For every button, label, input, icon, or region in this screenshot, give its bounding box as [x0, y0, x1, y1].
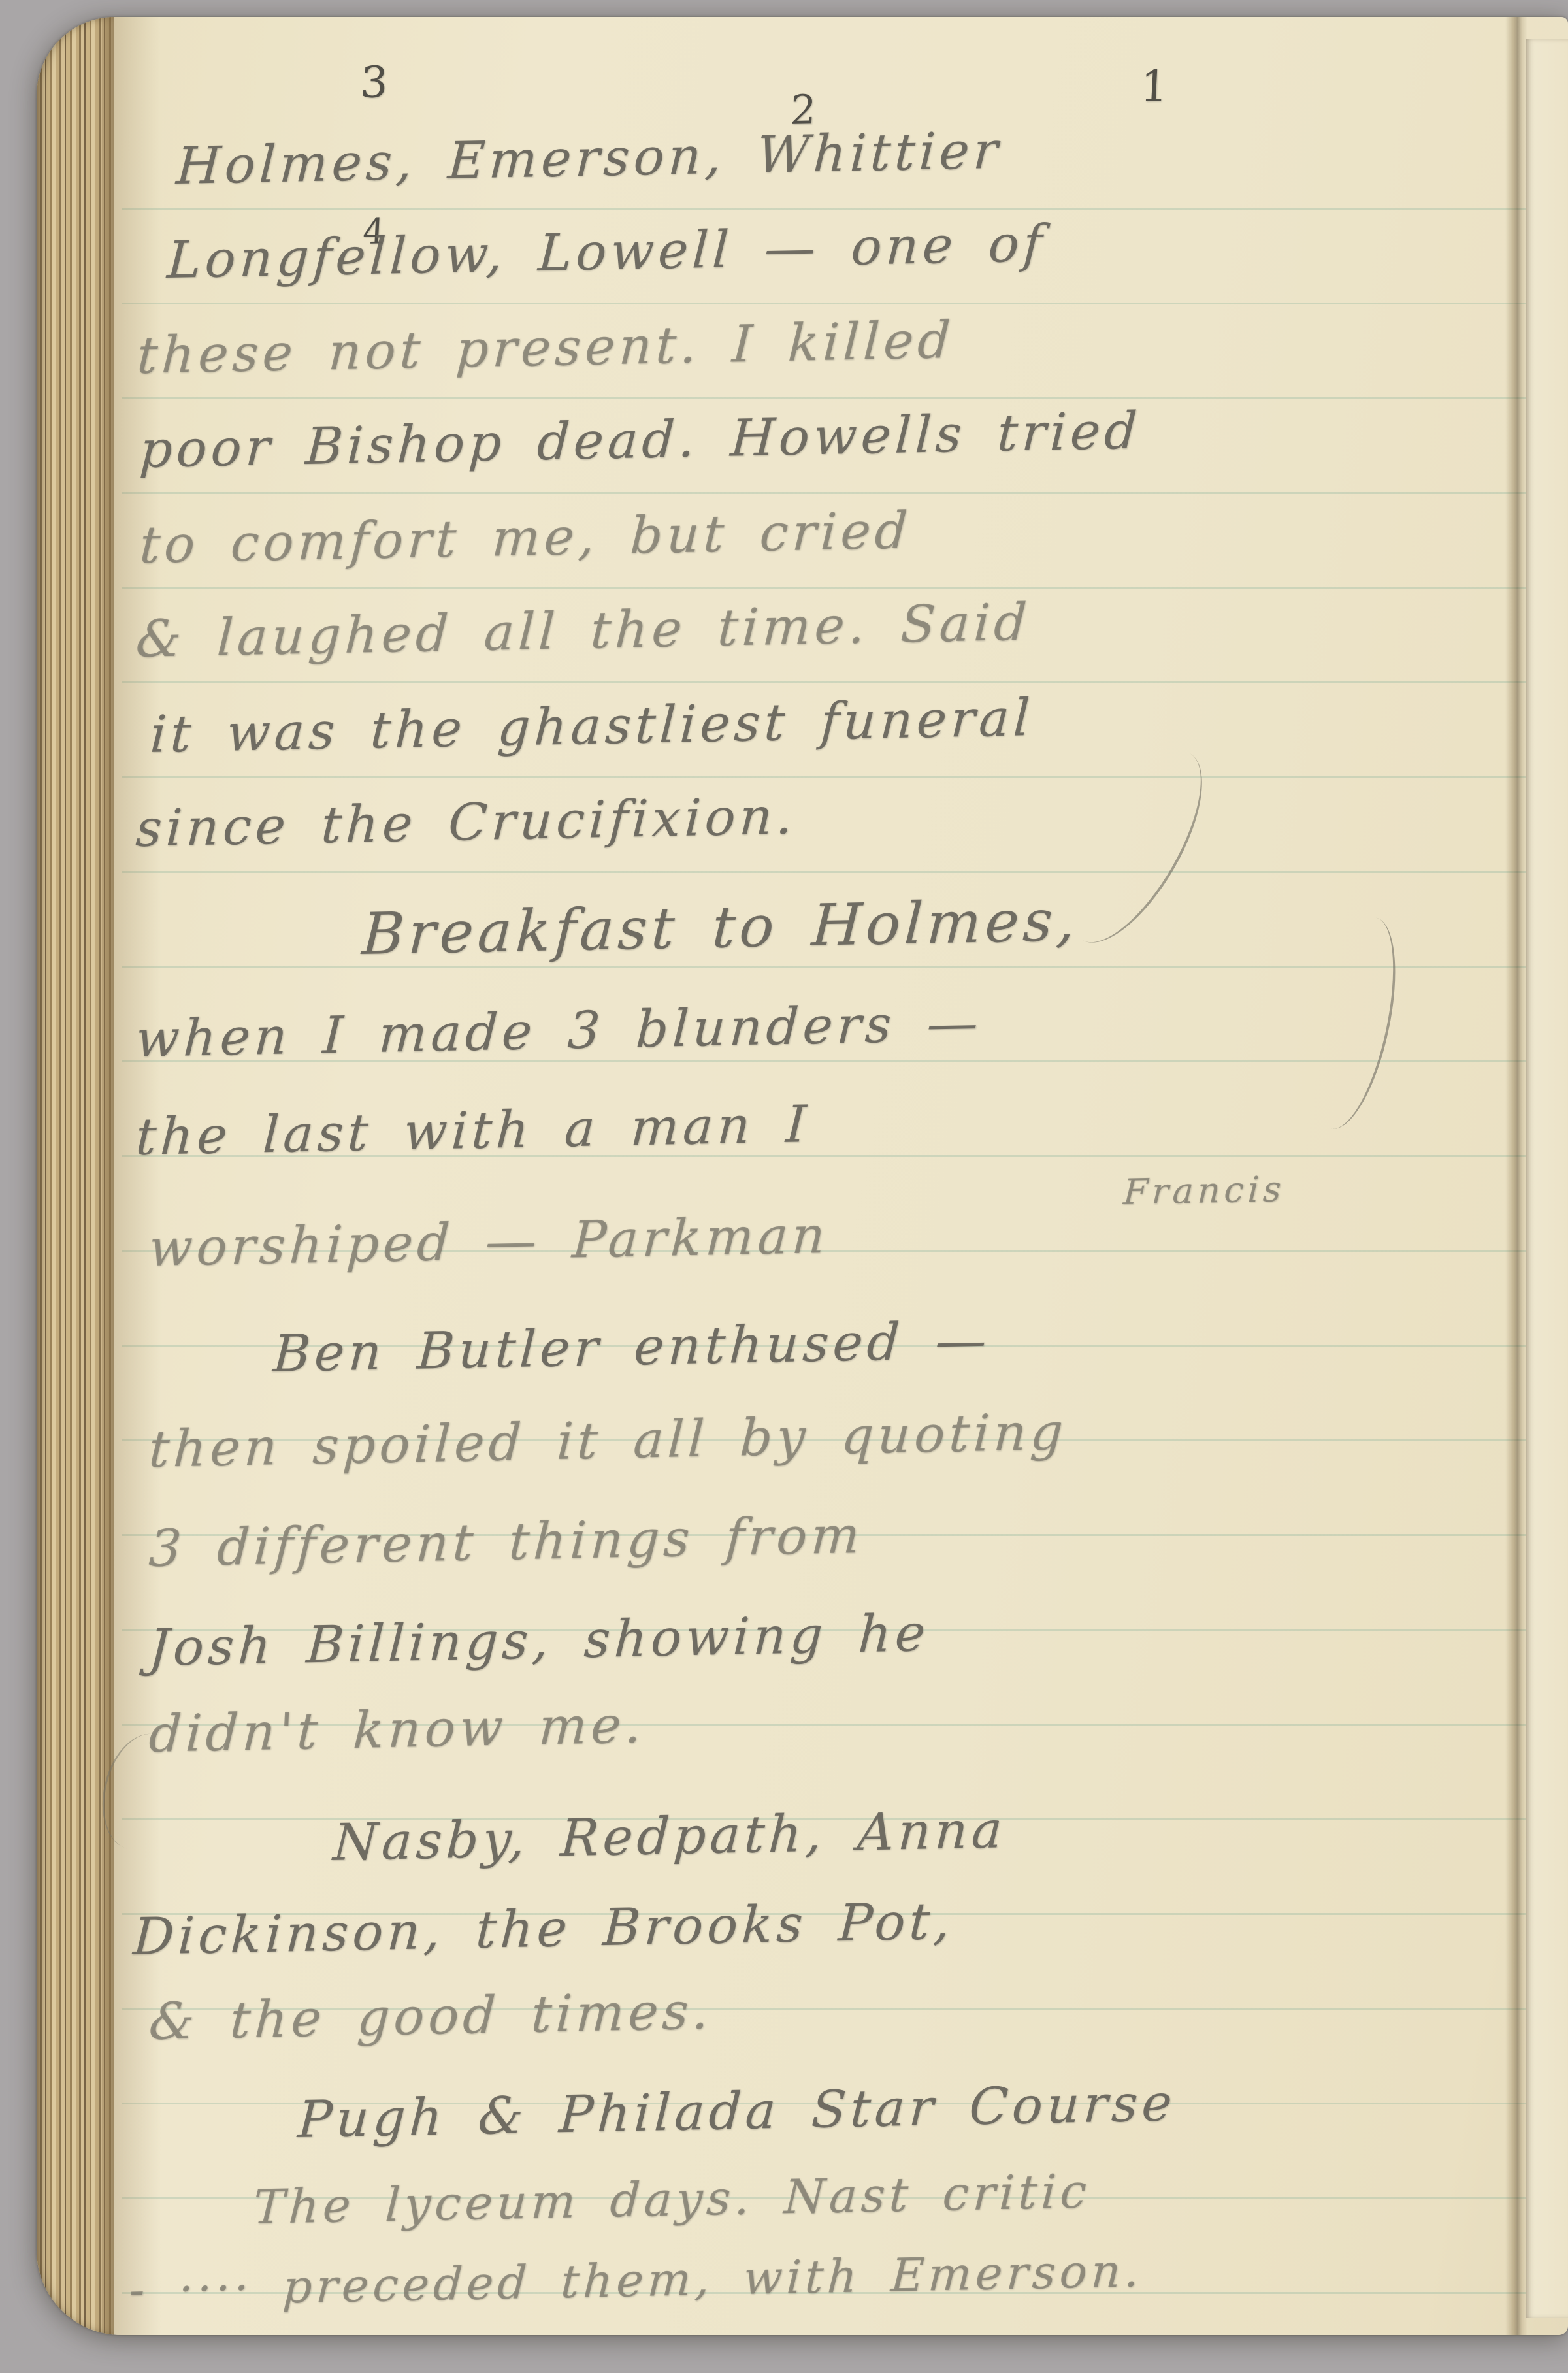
handwritten-line: worshiped — Parkman	[148, 1210, 830, 1274]
handwritten-line: these not present. I killed	[136, 315, 955, 382]
handwritten-line: the last with a man I	[135, 1099, 811, 1163]
handwritten-line: when I made 3 blunders —	[135, 998, 983, 1065]
corner-number-3: 3	[359, 61, 389, 105]
handwritten-line: Holmes, Emerson, Whittier	[175, 125, 1003, 192]
handwritten-line: to comfort me, but cried	[139, 505, 913, 571]
handwritten-line: Nasby, Redpath, Anna	[332, 1805, 1007, 1869]
handwritten-line: Ben Butler enthused —	[272, 1315, 991, 1380]
handwritten-line: 3 different things from	[148, 1510, 864, 1575]
handwritten-line: Josh Billings, showing he	[148, 1608, 930, 1674]
handwritten-line: & the good times.	[148, 1986, 713, 2048]
handwritten-line: Dickinson, the Brooks Pot,	[132, 1896, 955, 1963]
handwritten-line: since the Crucifixion.	[135, 791, 798, 855]
inserted-word-francis: Francis	[1122, 1171, 1286, 1210]
handwritten-line: Breakfast to Holmes,	[361, 892, 1080, 963]
gutter-crease	[1505, 17, 1527, 2335]
handwritten-line: didn't know me.	[148, 1699, 646, 1760]
scanned-notebook-photo: { "notebook": { "corner_numbers": { "lef…	[0, 0, 1568, 2373]
corner-number-1: 1	[1139, 65, 1169, 108]
notebook-page: 3 2 1 4 Holmes, Emerson, Whittier Longfe…	[37, 17, 1568, 2335]
facing-page-sliver	[1526, 39, 1568, 2318]
